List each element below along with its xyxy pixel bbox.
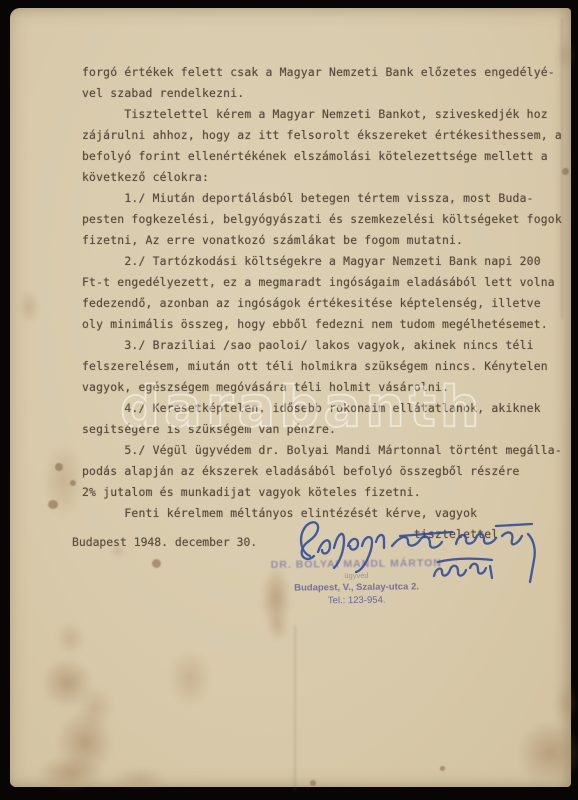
- typed-line: podás alapján az ékszerek eladásából bef…: [82, 461, 568, 482]
- stain-dot: [152, 559, 161, 568]
- typed-line: befolyó forint ellenértékének elszámolás…: [82, 146, 568, 167]
- typed-line: 1./ Miután deportálásból betegen tértem …: [82, 188, 568, 209]
- typed-line: zájárulni ahhoz, hogy az itt felsorolt é…: [82, 125, 568, 146]
- signature-tbar: [496, 524, 532, 526]
- document-page: forgó értékek felett csak a Magyar Nemze…: [10, 8, 571, 787]
- typed-line: oly minimális összeg, hogy ebből fedezni…: [82, 314, 568, 335]
- typed-line: 2% jutalom és munkadijat vagyok köteles …: [82, 482, 568, 503]
- typed-line: felszerelésem, miután ott téli holmikra …: [82, 356, 568, 377]
- stain: [50, 616, 90, 661]
- signature-surname: [318, 534, 384, 572]
- edge-crease: [561, 18, 563, 318]
- typed-line: Ft-t engedélyezett, ez a megmaradt ingós…: [82, 272, 568, 293]
- typed-line: vel szabad rendelkezni.: [82, 83, 568, 104]
- signature-middle: [392, 537, 442, 548]
- typed-line: segitségére is szükségem van pénzre.: [82, 419, 568, 440]
- fold-crease: [294, 626, 296, 791]
- typed-line: 2./ Tartózkodási költségekre a Magyar Ne…: [82, 251, 568, 272]
- typed-line: vagyok, egészségem megóvására téli holmi…: [82, 377, 568, 398]
- stain-dot: [562, 168, 569, 175]
- stain: [550, 673, 578, 733]
- signature-role-ugyved: [434, 564, 492, 578]
- stain-dot: [70, 480, 76, 486]
- stain: [553, 33, 578, 78]
- typed-line: pesten fogkezelési, belgyógyászati és sz…: [82, 209, 568, 230]
- typed-line: Tisztelettel kérem a Magyar Nemzeti Bank…: [82, 104, 568, 125]
- stain-dot: [55, 463, 63, 471]
- typed-line: következő célokra:: [82, 167, 568, 188]
- stain-dot: [310, 780, 316, 786]
- stain: [36, 428, 91, 533]
- stain: [263, 606, 293, 648]
- typed-line: 3./ Braziliai /sao paoloi/ lakos vagyok,…: [82, 335, 568, 356]
- typed-line: 5./ Végül ügyvédem dr. Bolyai Mandi Márt…: [82, 440, 568, 461]
- signature-lastname: [456, 533, 522, 545]
- stain: [70, 678, 120, 738]
- stain: [14, 284, 44, 330]
- stain-dot: [440, 766, 445, 771]
- signature-ink: [288, 506, 568, 596]
- stain: [25, 748, 115, 798]
- typed-line: fizetni, Az erre vonatkozó számlákat be …: [82, 230, 568, 251]
- stain: [105, 763, 175, 795]
- typed-line: fedezendő, azonban az ingóságok értékesi…: [82, 293, 568, 314]
- date-line: Budapest 1948. december 30.: [72, 535, 257, 549]
- typed-line: forgó értékek felett csak a Magyar Nemze…: [82, 62, 568, 83]
- signature-role-overbar: [438, 559, 492, 562]
- stain: [160, 638, 220, 718]
- typed-line: 4./ Keresetképtelen, idősebb rokonaim el…: [82, 398, 568, 419]
- signature-flourish: [301, 522, 318, 559]
- signature-descender: [528, 534, 535, 582]
- stain: [108, 541, 128, 561]
- photo-background: forgó értékek felett csak a Magyar Nemze…: [0, 0, 578, 800]
- stain-dot: [48, 500, 58, 509]
- letter-body: forgó értékek felett csak a Magyar Nemze…: [82, 62, 568, 545]
- signature-bar: [400, 532, 452, 536]
